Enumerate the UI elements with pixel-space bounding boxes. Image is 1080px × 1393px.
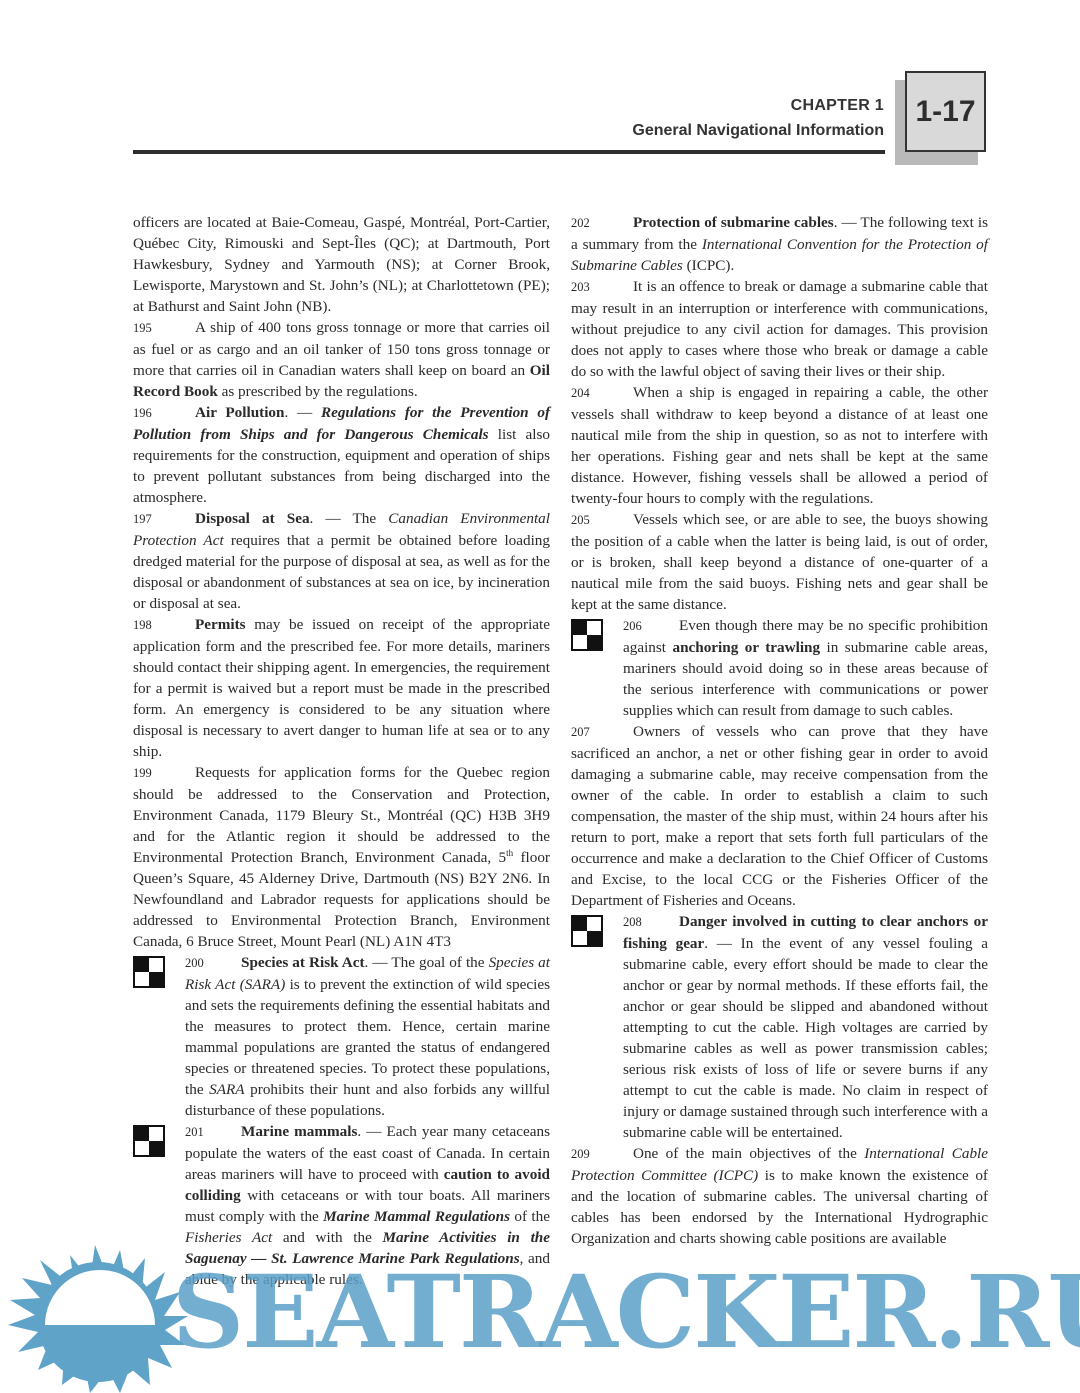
- paragraph-199: 199Requests for application forms for th…: [133, 762, 550, 952]
- paragraph-197: 197Disposal at Sea. — The Canadian Envir…: [133, 508, 550, 614]
- page-number: 1-17: [915, 95, 975, 129]
- paragraph-number: 201: [185, 1122, 241, 1143]
- paragraph-206: 206Even though there may be no specific …: [571, 615, 988, 721]
- paragraph-number: 198: [133, 615, 195, 636]
- paragraph-198: 198Permits may be issued on receipt of t…: [133, 614, 550, 762]
- page-number-box: 1-17: [905, 71, 986, 152]
- watermark-text: SEATRACKER.RU: [172, 1262, 1080, 1362]
- paragraph-heading: Protection of submarine cables: [633, 214, 834, 231]
- paragraph-number: 209: [571, 1144, 633, 1165]
- paragraph-heading: Permits: [195, 616, 246, 633]
- paragraph-208: 208Danger involved in cutting to clear a…: [571, 911, 988, 1143]
- paragraph-202: 202Protection of submarine cables. — The…: [571, 212, 988, 276]
- paragraph-number: 206: [623, 616, 679, 637]
- paragraph-207: 207Owners of vessels who can prove that …: [571, 721, 988, 911]
- paragraph-200: 200Species at Risk Act. — The goal of th…: [133, 952, 550, 1121]
- paragraph-heading: Disposal at Sea: [195, 510, 310, 527]
- paragraph-heading: Marine mammals: [241, 1123, 357, 1140]
- header-rule: [133, 150, 885, 154]
- paragraph-heading: Species at Risk Act: [241, 954, 365, 971]
- right-column: 202Protection of submarine cables. — The…: [571, 212, 988, 1249]
- paragraph-204: 204When a ship is engaged in repairing a…: [571, 382, 988, 509]
- paragraph-number: 196: [133, 403, 195, 424]
- paragraph-intro: officers are located at Baie-Comeau, Gas…: [133, 212, 550, 317]
- paragraph-196: 196Air Pollution. — Regulations for the …: [133, 402, 550, 508]
- paragraph-number: 205: [571, 510, 633, 531]
- paragraph-number: 197: [133, 509, 195, 530]
- paragraph-number: 202: [571, 213, 633, 234]
- paragraph-195: 195A ship of 400 tons gross tonnage or m…: [133, 317, 550, 402]
- paragraph-205: 205Vessels which see, or are able to see…: [571, 509, 988, 615]
- paragraph-number: 203: [571, 277, 633, 298]
- paragraph-number: 195: [133, 318, 195, 339]
- paragraph-209: 209One of the main objectives of the Int…: [571, 1143, 988, 1249]
- left-column: officers are located at Baie-Comeau, Gas…: [133, 212, 550, 1290]
- paragraph-number: 208: [623, 912, 679, 933]
- paragraph-number: 207: [571, 722, 633, 743]
- paragraph-203: 203It is an offence to break or damage a…: [571, 276, 988, 382]
- chapter-label: CHAPTER 1: [791, 97, 884, 115]
- paragraph-number: 204: [571, 383, 633, 404]
- chapter-title: General Navigational Information: [632, 122, 884, 140]
- paragraph-heading: Air Pollution: [195, 404, 284, 421]
- paragraph-number: 199: [133, 763, 195, 784]
- paragraph-number: 200: [185, 953, 241, 974]
